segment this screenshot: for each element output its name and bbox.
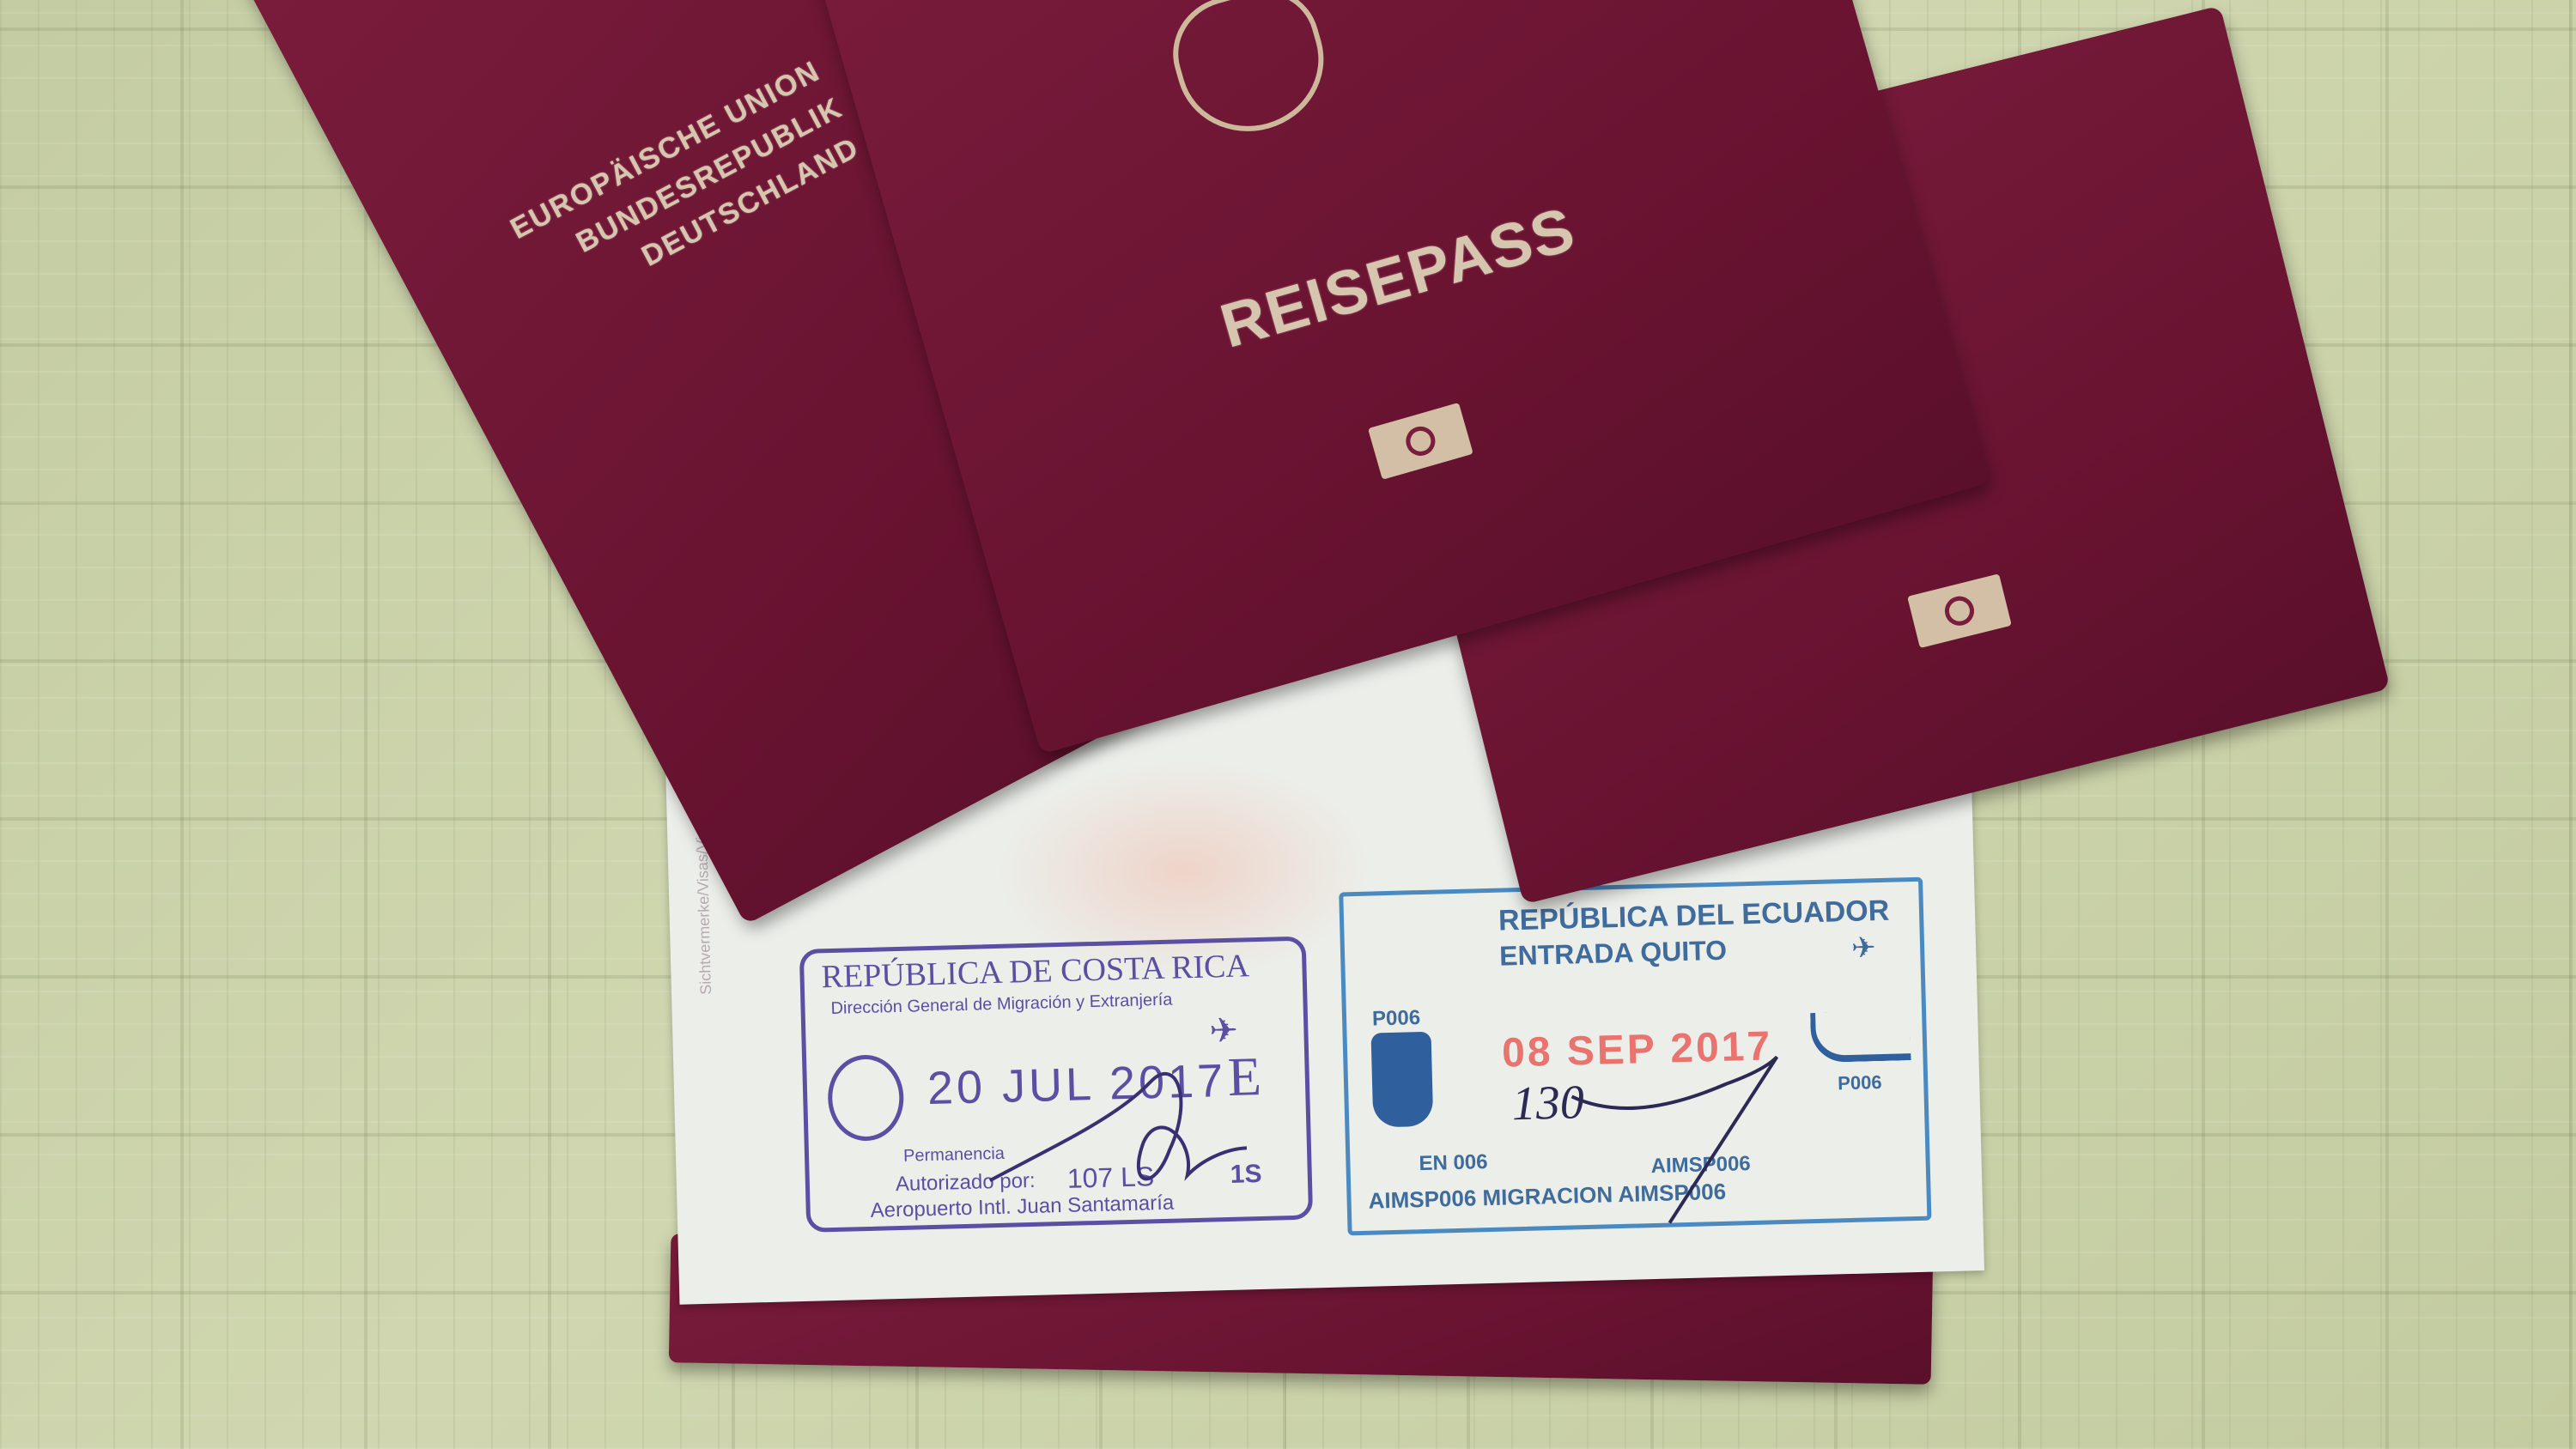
stamp-country: REPÚBLICA DE COSTA RICA [821, 947, 1249, 996]
biometric-chip-icon [1368, 403, 1473, 480]
costa-rica-seal-icon [827, 1054, 905, 1142]
migration-logo-icon [1810, 1010, 1911, 1063]
federal-eagle-icon [1160, 0, 1340, 149]
stamp-country: REPÚBLICA DEL ECUADOR [1498, 894, 1890, 938]
ecuador-coat-of-arms-icon [1371, 1032, 1434, 1128]
stamp-left-code: P006 [1372, 1006, 1421, 1031]
airplane-icon: ✈ [1851, 931, 1877, 966]
biometric-chip-icon [1907, 573, 2012, 648]
stamp-en-code: EN 006 [1419, 1150, 1488, 1176]
costa-rica-entry-stamp: REPÚBLICA DE COSTA RICA Dirección Genera… [799, 937, 1313, 1233]
stamp-agency: Dirección General de Migración y Extranj… [830, 991, 1172, 1019]
signature-stroke [1553, 1039, 1816, 1234]
stamp-right-code: P006 [1838, 1071, 1882, 1094]
ecuador-entry-stamp: REPÚBLICA DEL ECUADOR ENTRADA QUITO ✈ P0… [1339, 877, 1931, 1236]
cover-title: REISEPASS [1213, 194, 1583, 362]
signature-scribble [978, 1045, 1257, 1223]
stamp-entry-location: ENTRADA QUITO [1499, 935, 1728, 973]
